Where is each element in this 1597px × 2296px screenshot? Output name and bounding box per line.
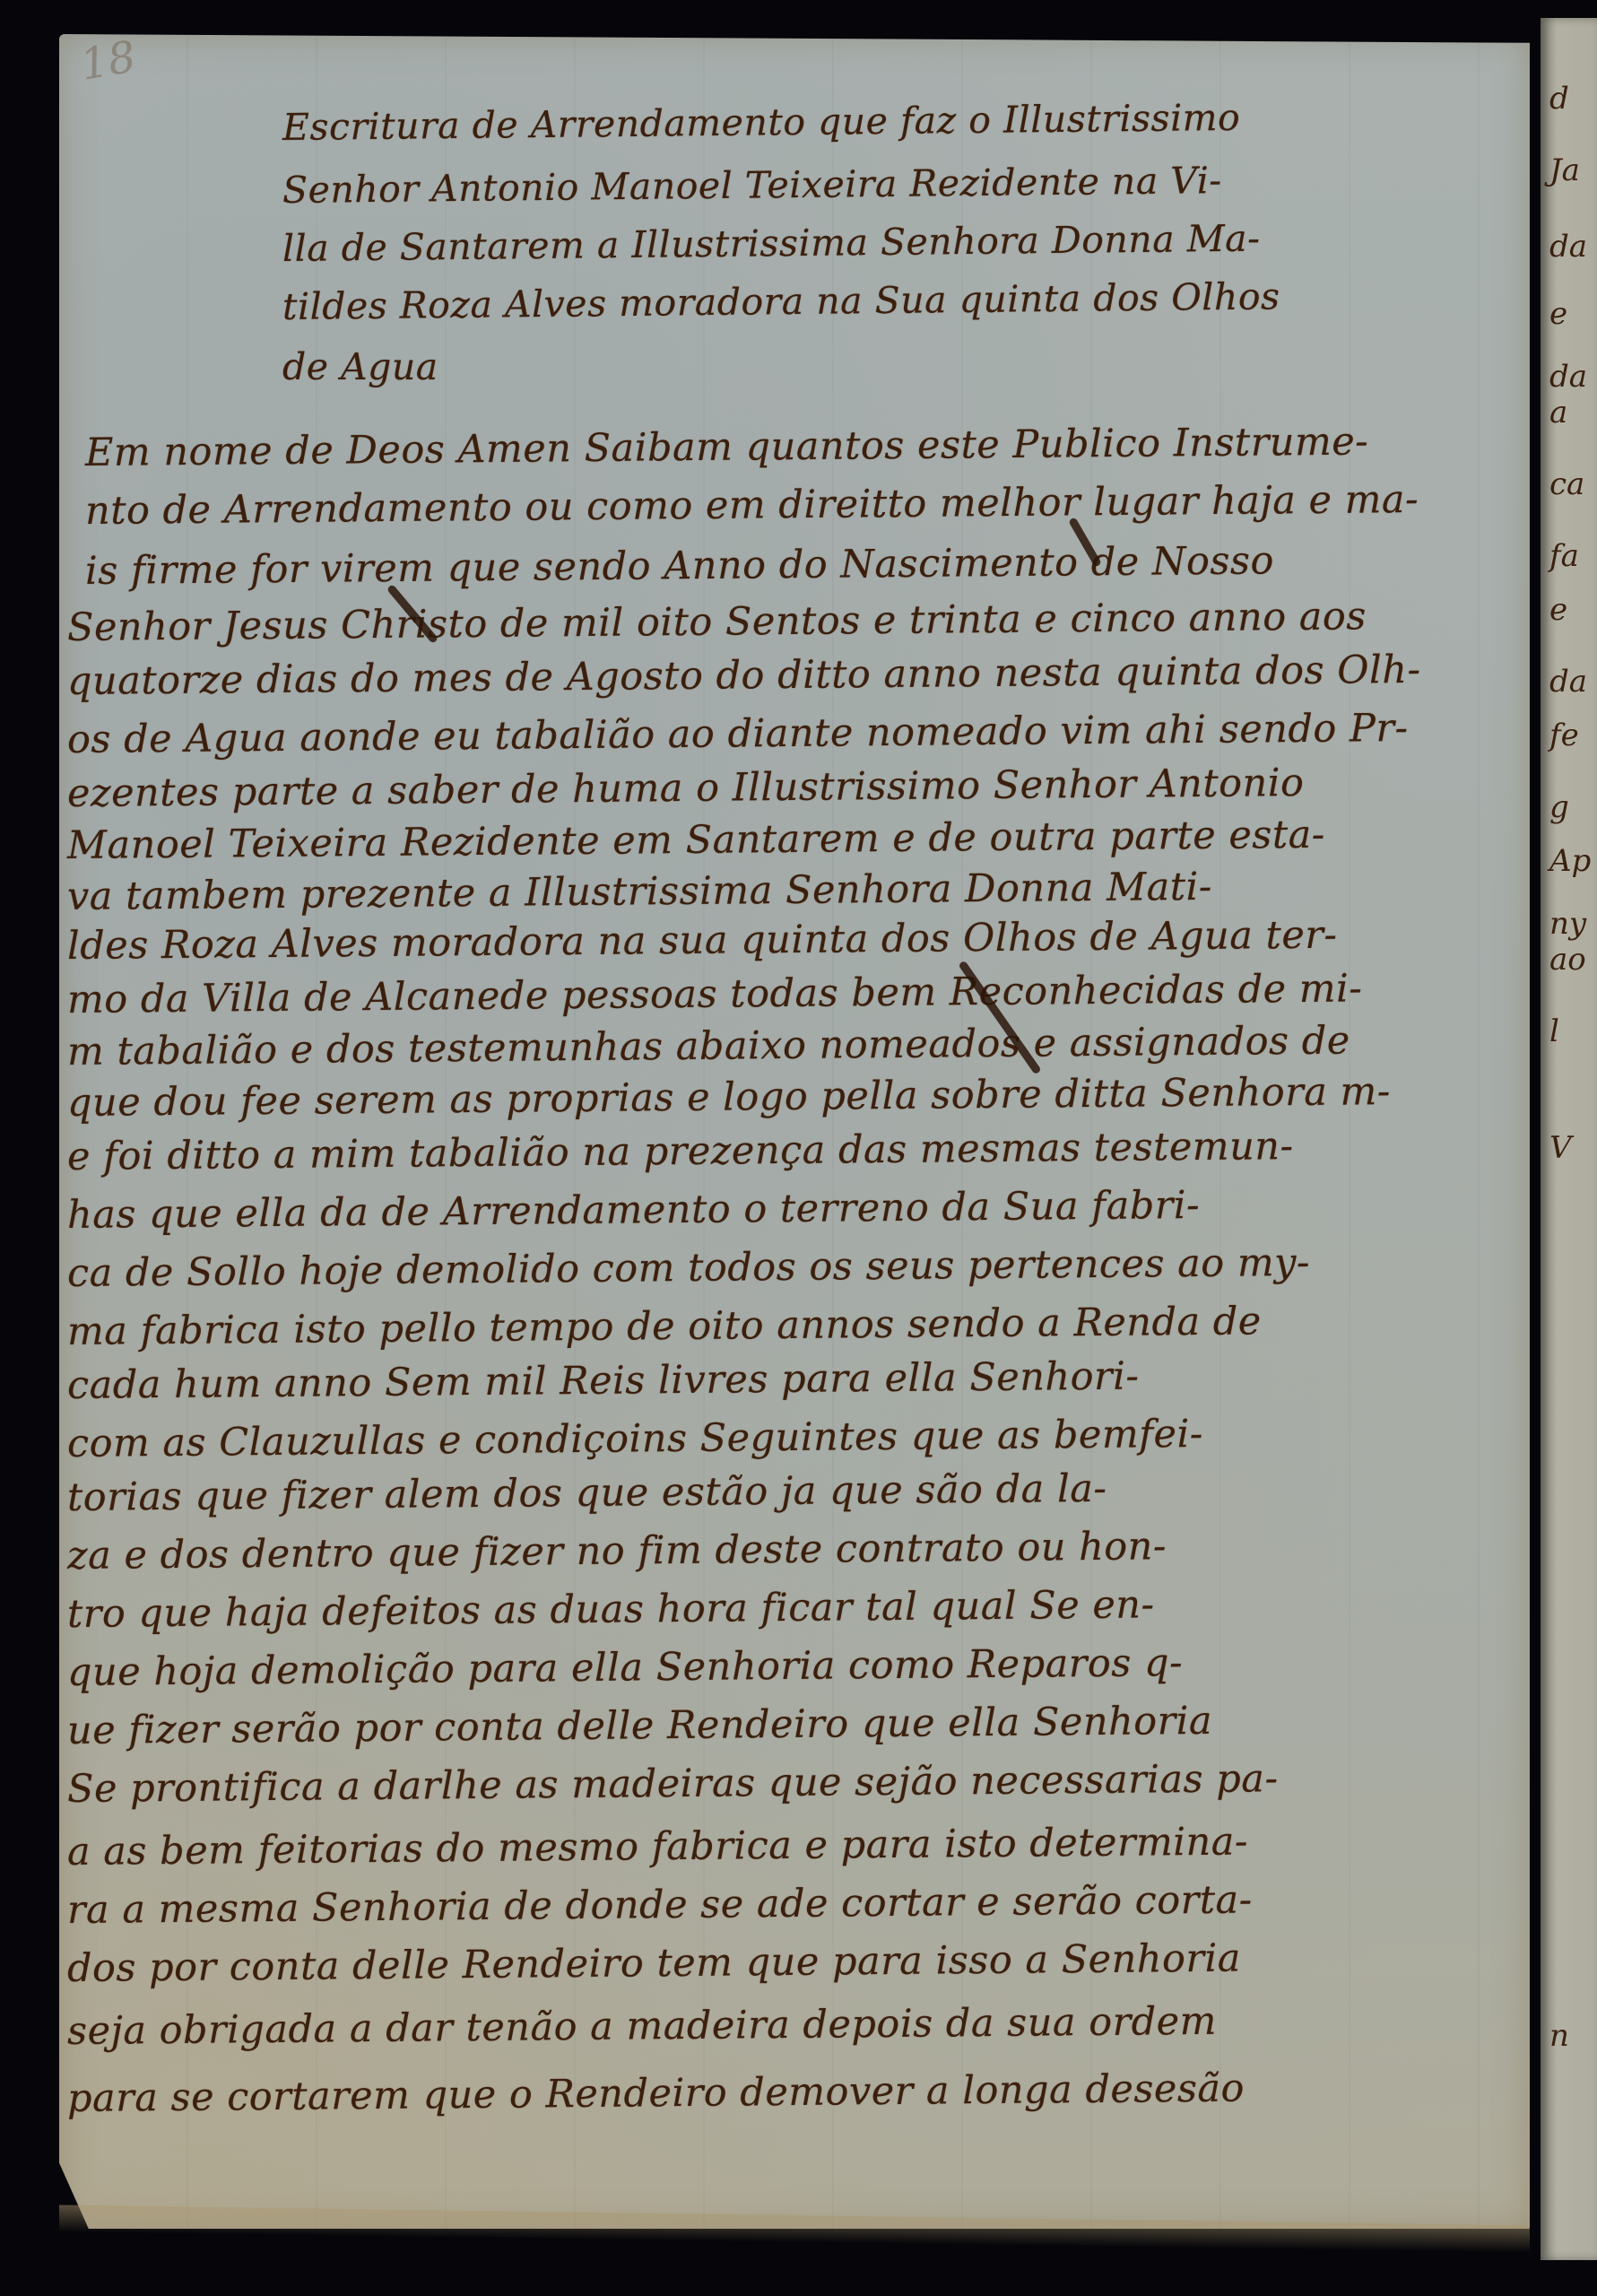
adjacent-fragment: da (1549, 229, 1587, 265)
adjacent-fragment: a (1549, 395, 1567, 430)
adjacent-fragment: d (1549, 81, 1569, 117)
adjacent-fragment: fa (1549, 538, 1579, 574)
adjacent-fragment: g (1549, 789, 1569, 825)
adjacent-fragment: Ja (1549, 152, 1580, 188)
title-line: de Agua (282, 345, 438, 388)
adjacent-page-edge: d Ja da e da a ca fa e da fe g Ap ny ao … (1541, 18, 1597, 2260)
pencil-folio-mark: 18 (77, 31, 140, 91)
adjacent-fragment: da (1549, 664, 1587, 700)
adjacent-fragment: e (1549, 296, 1567, 332)
body-line: za e dos dentro que fizer no fim deste c… (67, 1524, 1167, 1578)
adjacent-fragment: da (1549, 359, 1587, 395)
adjacent-fragment: Ap (1549, 843, 1591, 879)
body-line: cada hum anno Sem mil Reis livres para e… (67, 1354, 1140, 1408)
body-line: torias que fizer alem dos que estão ja q… (67, 1466, 1107, 1520)
adjacent-fragment: fe (1549, 717, 1579, 753)
adjacent-fragment: ca (1549, 466, 1584, 502)
adjacent-fragment: ao (1549, 942, 1586, 978)
adjacent-fragment: ny (1549, 906, 1586, 942)
body-line: tro que haja defeitos as duas hora ficar… (67, 1582, 1155, 1637)
adjacent-fragment: V (1549, 1130, 1572, 1166)
adjacent-fragment: l (1549, 1013, 1559, 1049)
adjacent-fragment: n (1549, 2018, 1569, 2054)
adjacent-fragment: e (1549, 592, 1567, 628)
